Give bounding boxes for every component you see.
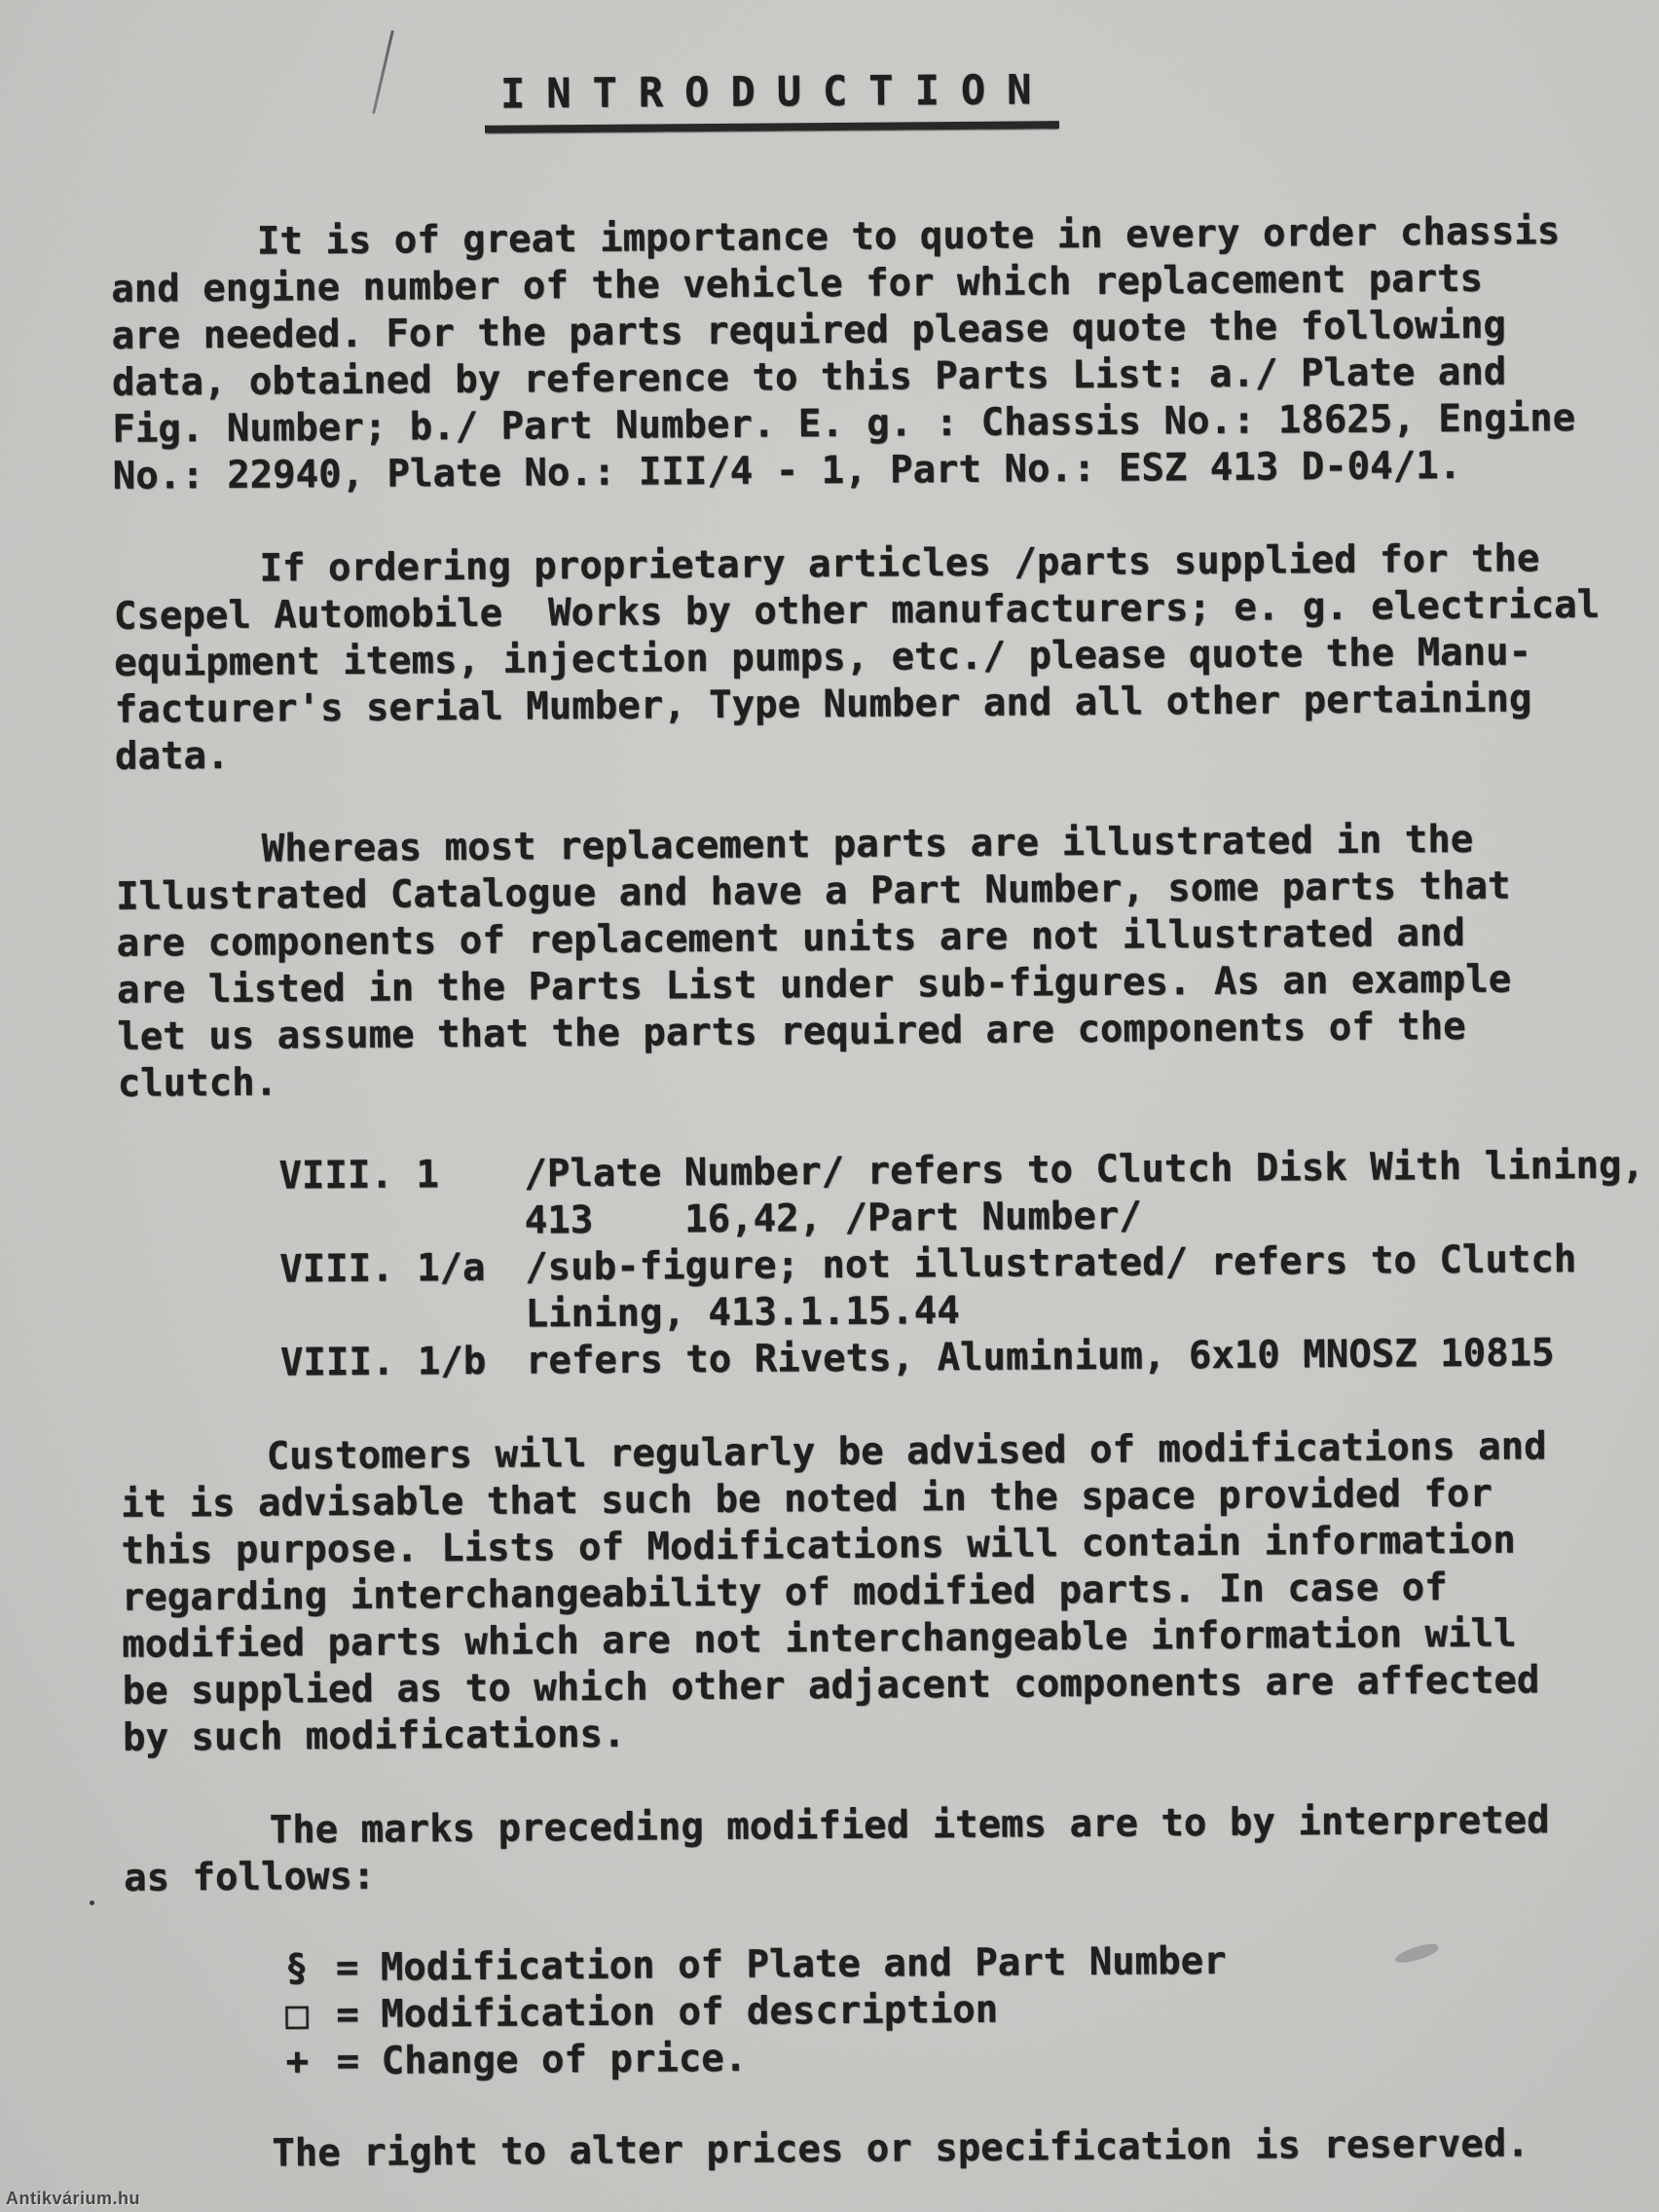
list-item: VIII. 1 /Plate Number/ refers to Clutch … (278, 1143, 1614, 1247)
page-title: INTRODUCTION (485, 66, 1059, 133)
paragraph-proprietary-articles: If ordering proprietary articles /parts … (113, 535, 1610, 781)
plus-mark-symbol: + (285, 2039, 336, 2085)
mark-meaning: Modification of Plate and Part Number (381, 1938, 1227, 1992)
mark-meaning: Change of price. (381, 2036, 747, 2085)
paragraph-modifications-notice: Customers will regularly be advised of m… (121, 1423, 1619, 1762)
closing-rights-statement: The right to alter prices or specificati… (126, 2120, 1621, 2179)
equals-sign: = (336, 2039, 381, 2085)
example-description: refers to Rivets, Aluminium, 6x10 MNOSZ … (526, 1330, 1555, 1384)
example-ref-label: VIII. 1 (278, 1152, 525, 1247)
example-ref-label: VIII. 1/a (279, 1244, 526, 1340)
mark-meaning: Modification of description (381, 1987, 998, 2039)
example-reference-list: VIII. 1 /Plate Number/ refers to Clutch … (278, 1143, 1615, 1387)
list-item: VIII. 1/b refers to Rivets, Aluminium, 6… (280, 1330, 1615, 1387)
example-description: /sub-figure; not illustrated/ refers to … (525, 1236, 1577, 1338)
square-mark-symbol: □ (285, 1992, 336, 2039)
section-mark-symbol: § (285, 1945, 336, 1992)
equals-sign: = (336, 1992, 381, 2039)
list-item: VIII. 1/a /sub-figure; not illustrated/ … (279, 1236, 1615, 1341)
paragraph-ordering-data: It is of great importance to quote in ev… (111, 208, 1608, 500)
example-description: /Plate Number/ refers to Clutch Disk Wit… (524, 1142, 1644, 1244)
antikvarium-watermark: Antikvárium.hu (6, 2189, 140, 2209)
modification-marks-legend: § = Modification of Plate and Part Numbe… (285, 1935, 1621, 2086)
document-body: It is of great importance to quote in ev… (1, 124, 1659, 2179)
equals-sign: = (336, 1945, 381, 1992)
scanned-document-page: INTRODUCTION It is of great importance t… (0, 0, 1659, 2180)
list-item: + = Change of price. (285, 2029, 1620, 2086)
example-ref-label: VIII. 1/b (280, 1338, 526, 1386)
paragraph-sub-figures-example: Whereas most replacement parts are illus… (116, 816, 1613, 1108)
paragraph-marks-intro: The marks preceding modified items are t… (124, 1797, 1620, 1902)
